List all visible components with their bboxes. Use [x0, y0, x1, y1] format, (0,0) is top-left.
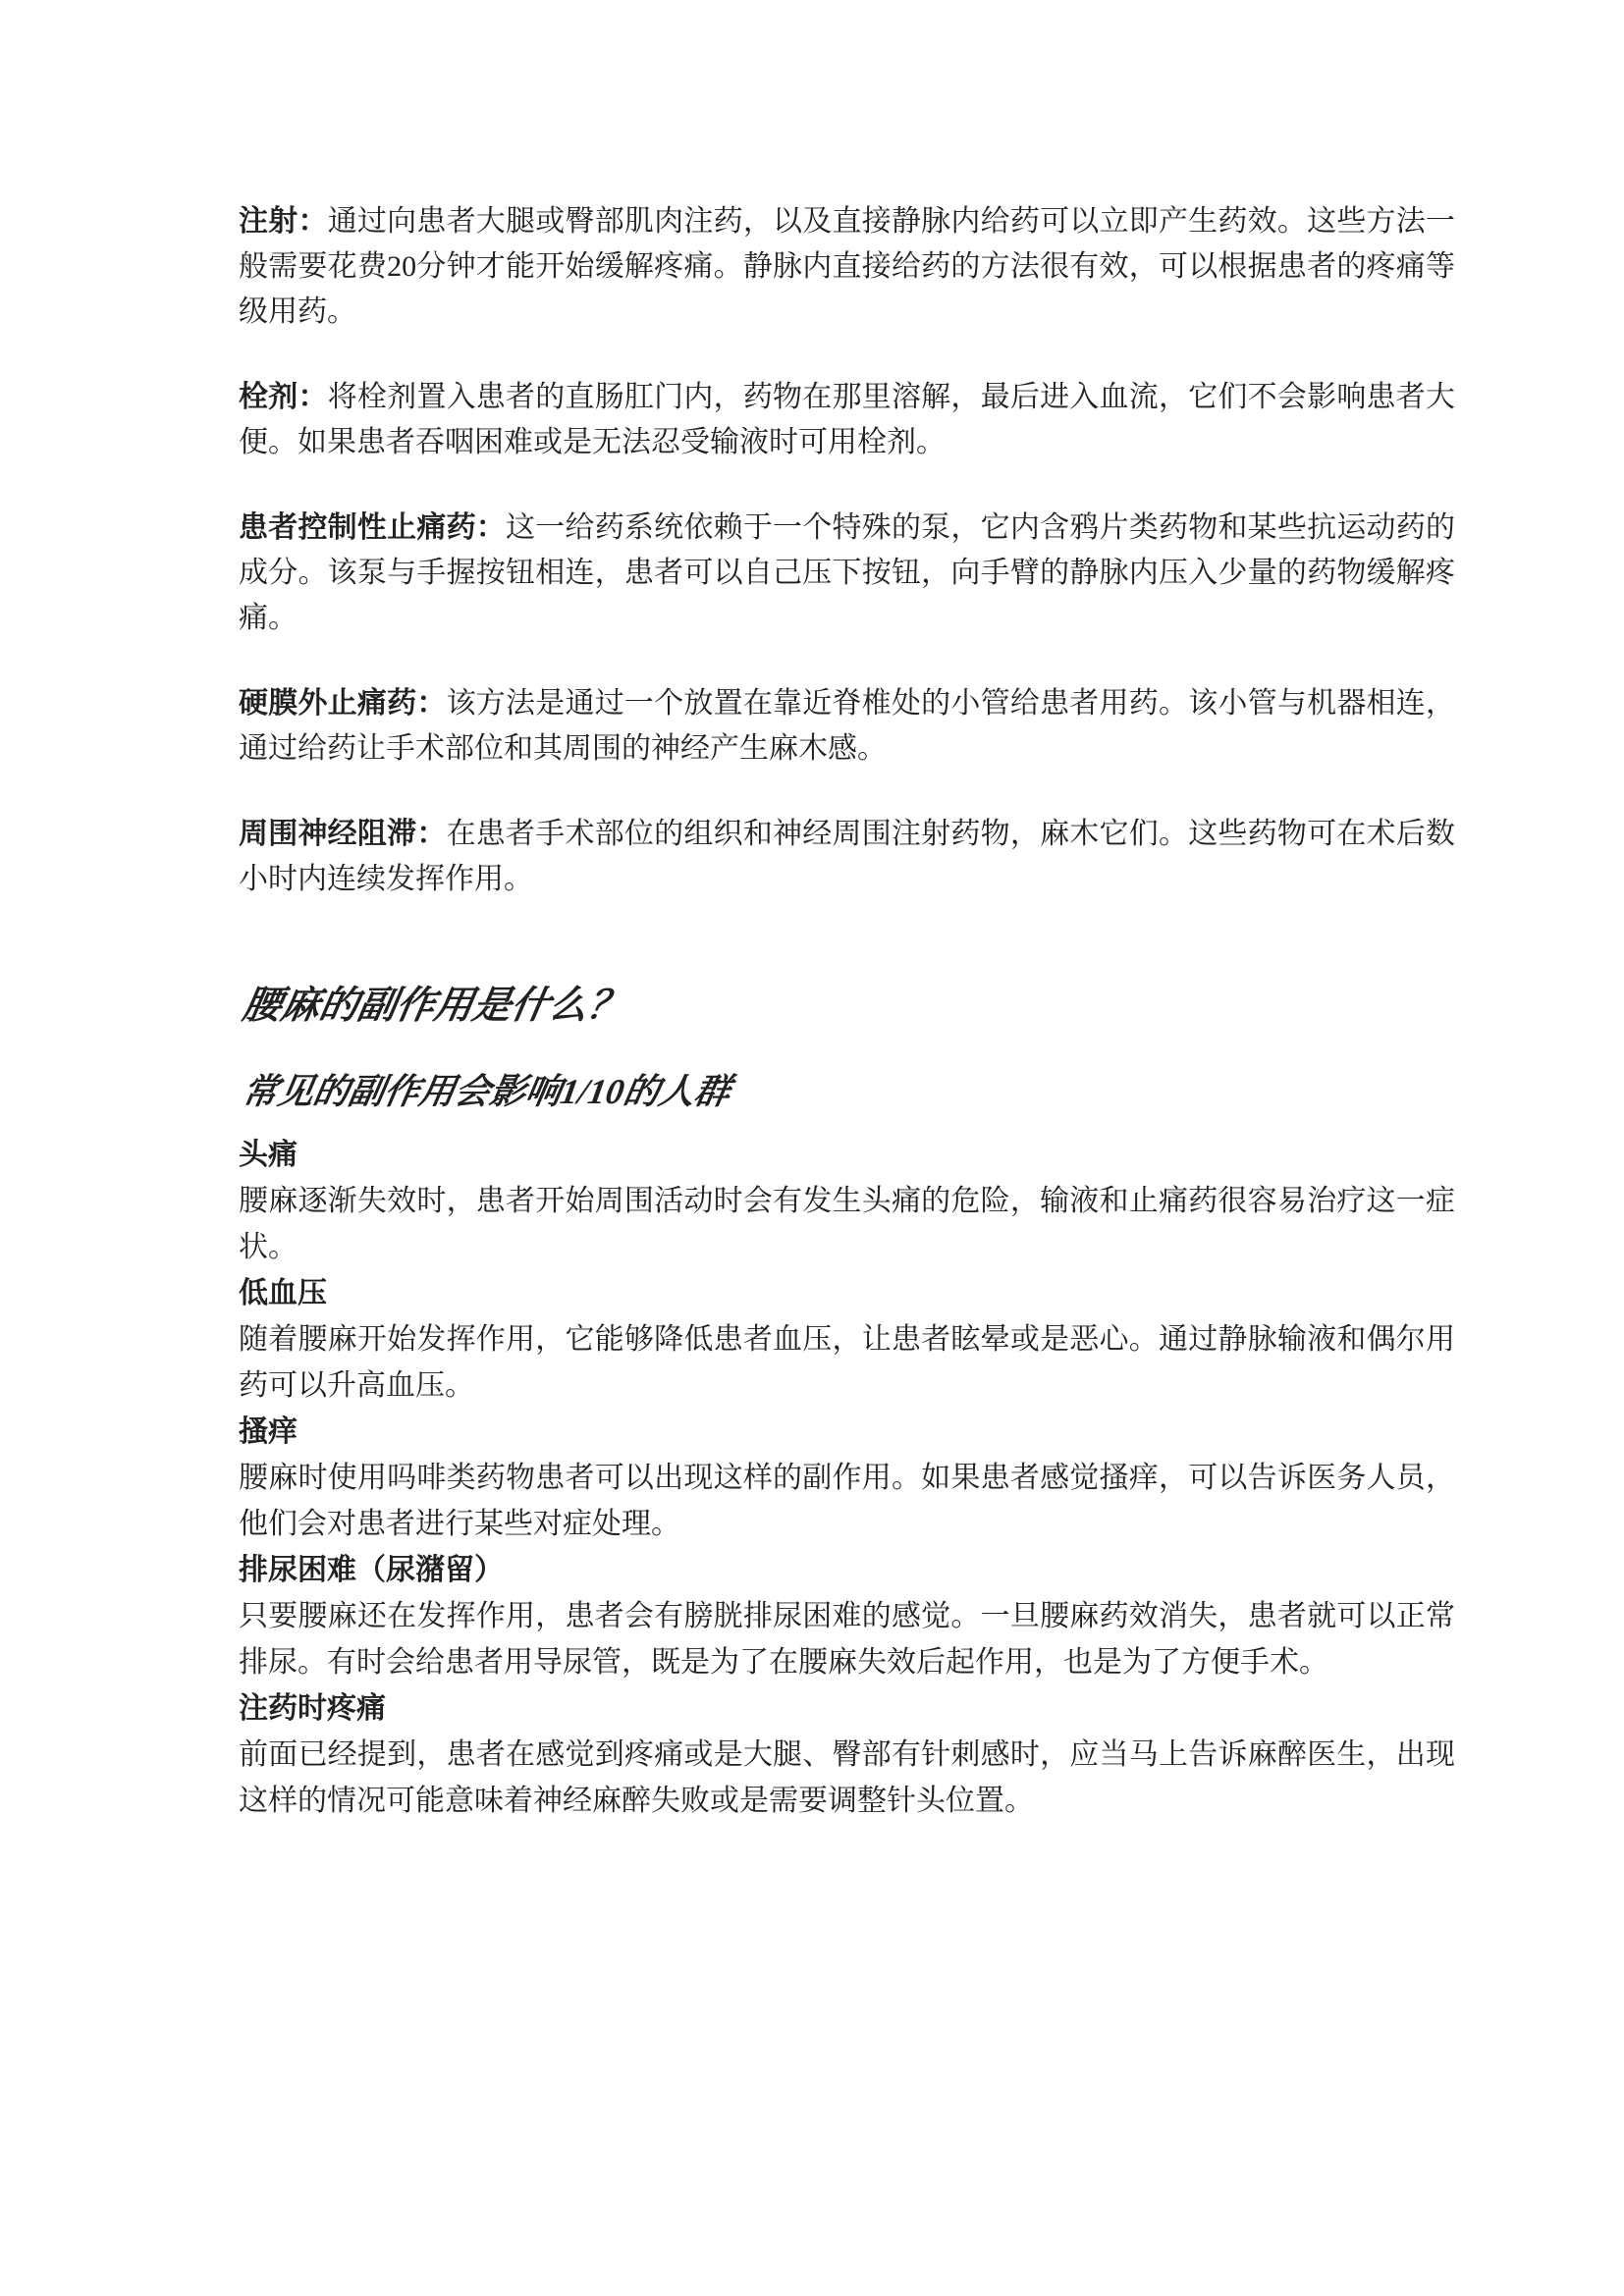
side-effect-headache: 头痛 腰麻逐渐失效时，患者开始周围活动时会有发生头痛的危险，输液和止痛药很容易治…	[239, 1132, 1455, 1270]
side-effect-hypotension-name: 低血压	[239, 1270, 1455, 1316]
paragraph-peripheral-nerve-block: 周围神经阻滞：在患者手术部位的组织和神经周围注射药物，麻木它们。这些药物可在术后…	[239, 812, 1455, 902]
side-effect-itching-name: 搔痒	[239, 1409, 1455, 1455]
document-page: 注射：通过向患者大腿或臀部肌肉注药，以及直接静脉内给药可以立即产生药效。这些方法…	[0, 0, 1624, 2296]
side-effect-itching: 搔痒 腰麻时使用吗啡类药物患者可以出现这样的副作用。如果患者感觉搔痒，可以告诉医…	[239, 1409, 1455, 1547]
side-effect-hypotension-description: 随着腰麻开始发挥作用，它能够降低患者血压，让患者眩晕或是恶心。通过静脉输液和偶尔…	[239, 1316, 1455, 1409]
side-effect-injection-pain-name: 注药时疼痛	[239, 1685, 1455, 1732]
side-effect-headache-name: 头痛	[239, 1132, 1455, 1178]
paragraph-suppository-term: 栓剂：	[239, 381, 328, 413]
side-effects-list: 头痛 腰麻逐渐失效时，患者开始周围活动时会有发生头痛的危险，输液和止痛药很容易治…	[239, 1132, 1455, 1824]
paragraph-peripheral-nerve-block-term: 周围神经阻滞：	[239, 818, 447, 850]
paragraph-epidural: 硬膜外止痛药：该方法是通过一个放置在靠近脊椎处的小管给患者用药。该小管与机器相连…	[239, 681, 1455, 772]
paragraph-epidural-term: 硬膜外止痛药：	[239, 687, 447, 720]
side-effect-injection-pain-description: 前面已经提到，患者在感觉到疼痛或是大腿、臀部有针刺感时，应当马上告诉麻醉医生，出…	[239, 1732, 1455, 1824]
side-effect-hypotension: 低血压 随着腰麻开始发挥作用，它能够降低患者血压，让患者眩晕或是恶心。通过静脉输…	[239, 1270, 1455, 1409]
side-effect-urinary-retention-description: 只要腰麻还在发挥作用，患者会有膀胱排尿困难的感觉。一旦腰麻药效消失，患者就可以正…	[239, 1593, 1455, 1685]
paragraph-suppository: 栓剂：将栓剂置入患者的直肠肛门内，药物在那里溶解，最后进入血流，它们不会影响患者…	[239, 375, 1455, 465]
section-title-text: 腰麻的副作用是什么？	[239, 981, 630, 1032]
section-title: 腰麻的副作用是什么？	[239, 981, 1455, 1032]
paragraph-patient-controlled-analgesia-term: 患者控制性止痛药：	[239, 511, 506, 544]
paragraph-injection-text: 通过向患者大腿或臀部肌肉注药，以及直接静脉内给药可以立即产生药效。这些方法一般需…	[239, 205, 1455, 328]
side-effect-injection-pain: 注药时疼痛 前面已经提到，患者在感觉到疼痛或是大腿、臀部有针刺感时，应当马上告诉…	[239, 1685, 1455, 1824]
side-effect-urinary-retention: 排尿困难（尿潴留） 只要腰麻还在发挥作用，患者会有膀胱排尿困难的感觉。一旦腰麻药…	[239, 1547, 1455, 1685]
paragraph-suppository-text: 将栓剂置入患者的直肠肛门内，药物在那里溶解，最后进入血流，它们不会影响患者大便。…	[239, 381, 1455, 458]
section-subtitle-text: 常见的副作用会影响1/10的人群	[239, 1067, 734, 1116]
paragraph-injection: 注射：通过向患者大腿或臀部肌肉注药，以及直接静脉内给药可以立即产生药效。这些方法…	[239, 199, 1455, 335]
side-effect-itching-description: 腰麻时使用吗啡类药物患者可以出现这样的副作用。如果患者感觉搔痒，可以告诉医务人员…	[239, 1455, 1455, 1547]
section-subtitle: 常见的副作用会影响1/10的人群	[239, 1067, 1455, 1116]
paragraph-patient-controlled-analgesia: 患者控制性止痛药：这一给药系统依赖于一个特殊的泵，它内含鸦片类药物和某些抗运动药…	[239, 506, 1455, 641]
side-effect-urinary-retention-name: 排尿困难（尿潴留）	[239, 1547, 1455, 1593]
side-effect-headache-description: 腰麻逐渐失效时，患者开始周围活动时会有发生头痛的危险，输液和止痛药很容易治疗这一…	[239, 1178, 1455, 1270]
paragraph-injection-term: 注射：	[239, 205, 328, 238]
